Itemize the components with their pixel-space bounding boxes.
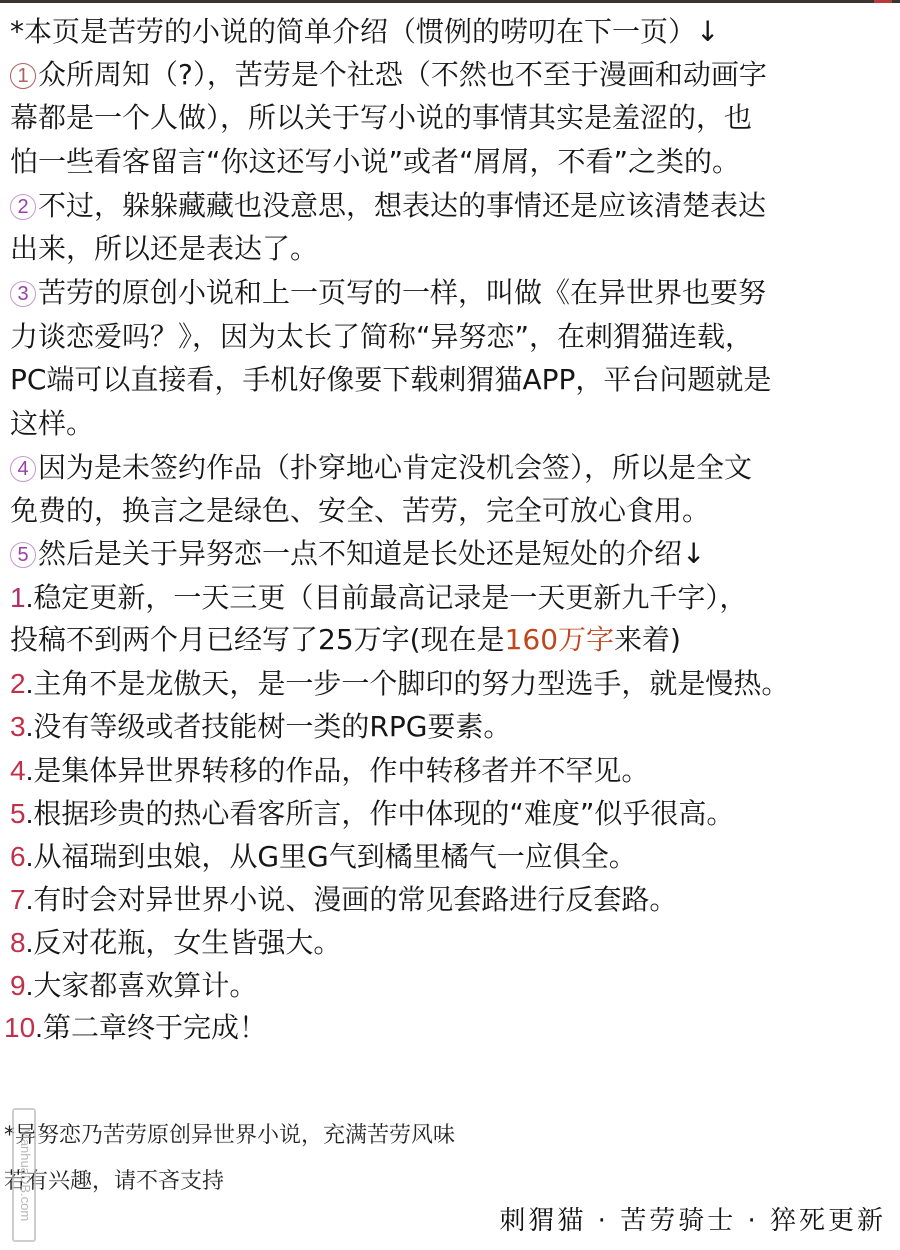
list-number: 6 xyxy=(10,841,26,872)
feature-2: 2.主角不是龙傲天，是一步一个脚印的努力型选手，就是慢热。 xyxy=(10,664,789,704)
circled-number-5-icon: 5 xyxy=(10,542,36,568)
feature-text: 第二章终于完成！ xyxy=(43,1011,267,1044)
circled-number-1-icon: 1 xyxy=(10,63,36,89)
feature-text: 大家都喜欢算计。 xyxy=(33,969,257,1002)
feature-4: 4.是集体异世界转移的作品，作中转移者并不罕见。 xyxy=(10,751,649,791)
list-number: 5 xyxy=(10,798,26,829)
footer-line-1: *异努恋乃苦劳原创异世界小说，充满苦劳风味 xyxy=(4,1121,455,1151)
point-1-line-3: 怕一些看客留言“你这还写小说”或者“屑屑，不看”之类的。 xyxy=(10,142,740,182)
watermark-logo: ManhuaDB.com xyxy=(12,1108,36,1242)
feature-text: 从福瑞到虫娘，从G里G气到橘里橘气一应俱全。 xyxy=(33,840,636,873)
feature-text: 有时会对异世界小说、漫画的常见套路进行反套路。 xyxy=(33,883,677,916)
point-text: 众所周知（?），苦劳是个社恐（不然也不至于漫画和动画字 xyxy=(38,58,767,91)
feature-text: 投稿不到两个月已经写了25万字(现在是 xyxy=(10,623,505,656)
list-number: 9 xyxy=(10,970,26,1001)
point-3-line-4: 这样。 xyxy=(10,404,94,444)
feature-text: 是集体异世界转移的作品，作中转移者并不罕见。 xyxy=(33,754,649,787)
feature-9: 9.大家都喜欢算计。 xyxy=(10,966,257,1006)
point-4-line-2: 免费的，换言之是绿色、安全、苦劳，完全可放心食用。 xyxy=(10,491,710,531)
feature-6: 6.从福瑞到虫娘，从G里G气到橘里橘气一应俱全。 xyxy=(10,837,637,877)
point-1-line-2: 幕都是一个人做），所以关于写小说的事情其实是羞涩的，也 xyxy=(10,98,752,138)
list-number: 7 xyxy=(10,884,26,915)
list-number: 4 xyxy=(10,755,26,786)
top-strip-accent xyxy=(874,0,892,3)
point-text: 然后是关于异努恋一点不知道是长处还是短处的介绍↓ xyxy=(38,537,705,570)
feature-5: 5.根据珍贵的热心看客所言，作中体现的“难度”似乎很高。 xyxy=(10,794,734,834)
point-text: 苦劳的原创小说和上一页写的一样，叫做《在异世界也要努 xyxy=(38,276,766,309)
feature-8: 8.反对花瓶，女生皆强大。 xyxy=(10,923,341,963)
feature-10: 10.第二章终于完成！ xyxy=(4,1008,267,1048)
top-strip xyxy=(0,0,900,3)
list-number: 3 xyxy=(10,711,26,742)
highlight-text: 160万字 xyxy=(505,623,614,656)
point-3-line-3: PC端可以直接看，手机好像要下载刺猬猫APP，平台问题就是 xyxy=(10,360,771,400)
list-dot: . xyxy=(35,1012,43,1043)
circled-number-3-icon: 3 xyxy=(10,281,36,307)
point-5-line-1: 5然后是关于异努恋一点不知道是长处还是短处的介绍↓ xyxy=(10,534,705,574)
feature-1-cont: 投稿不到两个月已经写了25万字(现在是160万字来着) xyxy=(10,620,681,660)
feature-text: 来着) xyxy=(614,623,681,656)
signature: 刺猬猫 · 苦劳骑士 · 猝死更新 xyxy=(499,1200,886,1237)
circled-number-2-icon: 2 xyxy=(10,194,36,220)
point-text: 不过，躲躲藏藏也没意思，想表达的事情还是应该清楚表达 xyxy=(38,189,766,222)
feature-1: 1.稳定更新，一天三更（目前最高记录是一天更新九千字）， xyxy=(10,578,747,618)
feature-3: 3.没有等级或者技能树一类的RPG要素。 xyxy=(10,707,511,747)
point-3-line-2: 力谈恋爱吗？》，因为太长了简称“异努恋”，在刺猬猫连载， xyxy=(10,317,753,357)
list-number: 10 xyxy=(4,1012,35,1043)
list-number: 2 xyxy=(10,668,26,699)
point-2-line-1: 2不过，躲躲藏藏也没意思，想表达的事情还是应该清楚表达 xyxy=(10,186,766,226)
feature-7: 7.有时会对异世界小说、漫画的常见套路进行反套路。 xyxy=(10,880,677,920)
point-2-line-2: 出来，所以还是表达了。 xyxy=(10,229,318,269)
point-text: 因为是未签约作品（扑穿地心肯定没机会签），所以是全文 xyxy=(38,451,752,484)
intro-line: *本页是苦劳的小说的简单介绍（惯例的唠叨在下一页）↓ xyxy=(10,12,719,52)
feature-text: 主角不是龙傲天，是一步一个脚印的努力型选手，就是慢热。 xyxy=(33,667,789,700)
footer-line-2: 若有兴趣，请不吝支持 xyxy=(4,1167,224,1197)
list-number: 1 xyxy=(10,582,26,613)
list-number: 8 xyxy=(10,927,26,958)
feature-text: 反对花瓶，女生皆强大。 xyxy=(33,926,341,959)
circled-number-4-icon: 4 xyxy=(10,456,36,482)
feature-text: 根据珍贵的热心看客所言，作中体现的“难度”似乎很高。 xyxy=(33,797,734,830)
feature-text: 稳定更新，一天三更（目前最高记录是一天更新九千字）， xyxy=(33,581,747,614)
point-4-line-1: 4因为是未签约作品（扑穿地心肯定没机会签），所以是全文 xyxy=(10,448,752,488)
feature-text: 没有等级或者技能树一类的RPG要素。 xyxy=(33,710,511,743)
point-3-line-1: 3苦劳的原创小说和上一页写的一样，叫做《在异世界也要努 xyxy=(10,273,766,313)
point-1-line-1: 1众所周知（?），苦劳是个社恐（不然也不至于漫画和动画字 xyxy=(10,55,767,95)
